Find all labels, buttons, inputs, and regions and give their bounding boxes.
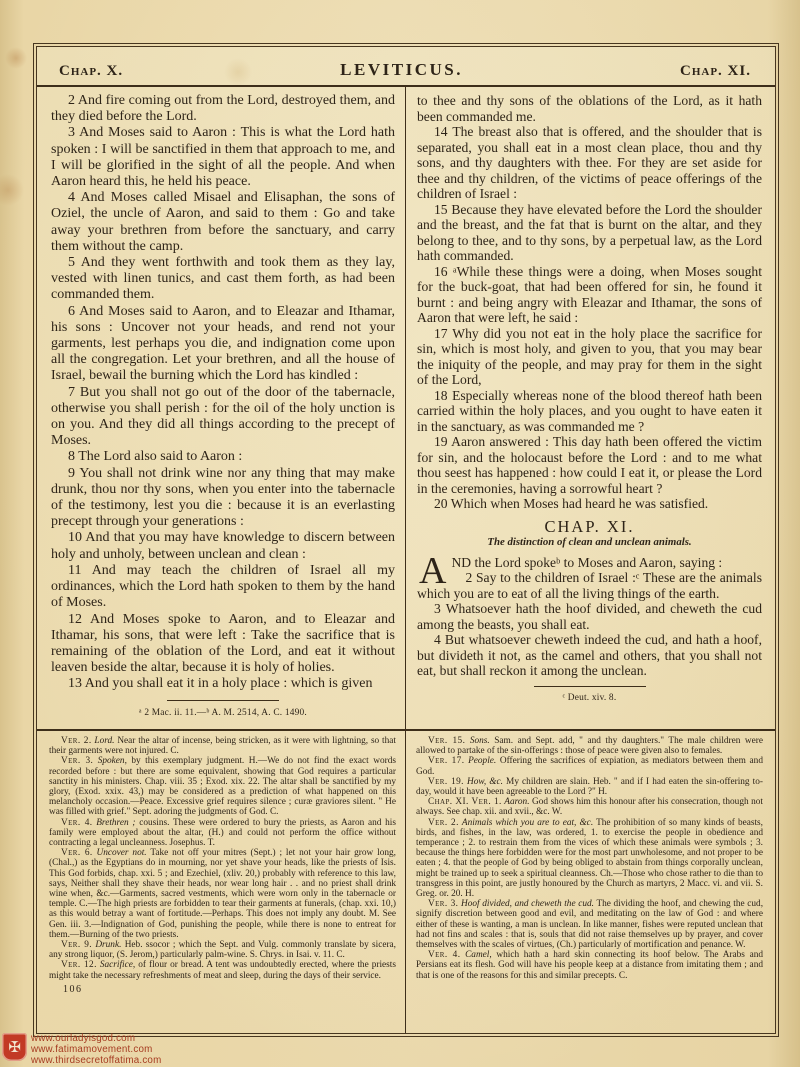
verse-xi-4: 4 But whatsoever cheweth indeed the cud,… [417, 632, 762, 679]
commentary-note: Ver. 3. Hoof divided, and cheweth the cu… [416, 899, 763, 950]
watermark-link: www.fatimamovement.com [31, 1044, 161, 1055]
verse-10: 10 And that you may have knowledge to di… [51, 530, 395, 562]
dropcap: A [417, 555, 451, 586]
commentary-note: Ver. 12. Sacrifice, of flour or bread. A… [49, 960, 396, 980]
commentary-note: Ver. 19. How, &c. My children are slain.… [416, 777, 763, 797]
verse-15: 15 Because they have elevated before the… [417, 202, 762, 264]
footnote-left: ᵃ 2 Mac. ii. 11.—ᵇ A. M. 2514, A. C. 149… [51, 705, 395, 721]
bible-text: 2 And fire coming out from the Lord, des… [37, 87, 775, 729]
verse-20: 20 Which when Moses had heard he was sat… [417, 496, 762, 512]
running-head-right: Chap. XI. [680, 63, 751, 80]
commentary-left-column: Ver. 2. Lord. Near the altar of incense,… [37, 731, 406, 1034]
commentary-note: Ver. 3. Spoken, by this exemplary judgme… [49, 756, 396, 817]
page-header: Chap. X. LEVITICUS. Chap. XI. [37, 47, 775, 87]
watermark-link: www.ourladyisgod.com [31, 1033, 161, 1044]
verse-7: 7 But you shall not go out of the door o… [51, 385, 395, 450]
verse-5: 5 And they went forthwith and took them … [51, 255, 395, 304]
watermark-links: www.ourladyisgod.com www.fatimamovement.… [31, 1033, 161, 1066]
commentary-note: Ver. 17. People. Offering the sacrifices… [416, 756, 763, 776]
chapter-subtitle: The distinction of clean and unclean ani… [417, 535, 762, 551]
verse-14: 14 The breast also that is offered, and … [417, 124, 762, 202]
left-column: 2 And fire coming out from the Lord, des… [37, 87, 406, 729]
chapter-heading: CHAP. XI. [417, 519, 762, 535]
watermark-block: ✠ www.ourladyisgod.com www.fatimamovemen… [2, 1033, 161, 1066]
commentary-note: Chap. XI. Ver. 1. Aaron. God shows him t… [416, 797, 763, 817]
page-number: 106 [63, 985, 396, 995]
commentary-note: Ver. 6. Uncover not. Take not off your m… [49, 848, 396, 940]
verse-8: 8 The Lord also said to Aaron : [51, 449, 395, 465]
verse-16: 16 ᵃWhile these things were a doing, whe… [417, 264, 762, 326]
commentary-section: Ver. 2. Lord. Near the altar of incense,… [37, 729, 775, 1034]
verse-17: 17 Why did you not eat in the holy place… [417, 326, 762, 388]
verse-3: 3 And Moses said to Aaron : This is what… [51, 125, 395, 190]
verse-xi-1: ND the Lord spokeᵇ to Moses and Aaron, s… [417, 555, 762, 571]
commentary-note: Ver. 2. Animals which you are to eat, &c… [416, 818, 763, 900]
book-title: LEVITICUS. [340, 60, 463, 80]
verse-xi-2: 2 Say to the children of Israel :ᶜ These… [417, 570, 762, 601]
verse-19: 19 Aaron answered : This day hath been o… [417, 434, 762, 496]
verse-13: 13 And you shall eat it in a holy place … [51, 676, 395, 692]
commentary-note: Ver. 9. Drunk. Heb. ssocor ; which the S… [49, 940, 396, 960]
commentary-right-column: Ver. 15. Sons. Sam. and Sept. add, " and… [406, 731, 775, 1034]
commentary-note: Ver. 2. Lord. Near the altar of incense,… [49, 736, 396, 756]
watermark-link: www.thirdsecretoffatima.com [31, 1055, 161, 1066]
verse-2: 2 And fire coming out from the Lord, des… [51, 93, 395, 125]
running-head-left: Chap. X. [59, 63, 123, 80]
footnote-block-right: ᶜ Deut. xiv. 8. [417, 686, 762, 707]
commentary-note: Ver. 15. Sons. Sam. and Sept. add, " and… [416, 736, 763, 756]
footnote-right: ᶜ Deut. xiv. 8. [417, 691, 762, 707]
commentary-note: Ver. 4. Brethren ; cousins. These were o… [49, 818, 396, 849]
footnote-block-left: ᵃ 2 Mac. ii. 11.—ᵇ A. M. 2514, A. C. 149… [51, 700, 395, 721]
verse-4: 4 And Moses called Misael and Elisaphan,… [51, 190, 395, 255]
verse-6: 6 And Moses said to Aaron, and to Eleaza… [51, 304, 395, 385]
page-background: { "header": { "left": "Chap. X.", "cente… [0, 0, 800, 1067]
footnote-rule [534, 686, 646, 687]
footnote-rule [167, 700, 279, 701]
crest-icon: ✠ [2, 1033, 27, 1061]
right-column: to thee and thy sons of the oblations of… [406, 87, 775, 729]
verse-12: 12 And Moses spoke to Aaron, and to Elea… [51, 612, 395, 677]
verse-13-continuation: to thee and thy sons of the oblations of… [417, 93, 762, 124]
frame-inner: Chap. X. LEVITICUS. Chap. XI. 2 And fire… [36, 46, 776, 1034]
verse-9: 9 You shall not drink wine nor any thing… [51, 466, 395, 531]
verse-xi-3: 3 Whatsoever hath the hoof divided, and … [417, 601, 762, 632]
verse-18: 18 Especially whereas none of the blood … [417, 388, 762, 435]
page-frame: Chap. X. LEVITICUS. Chap. XI. 2 And fire… [33, 43, 779, 1037]
chapter-opening: A ND the Lord spokeᵇ to Moses and Aaron,… [417, 555, 762, 602]
verse-11: 11 And may teach the children of Israel … [51, 563, 395, 612]
commentary-note: Ver. 4. Camel, which hath a hard skin co… [416, 950, 763, 981]
